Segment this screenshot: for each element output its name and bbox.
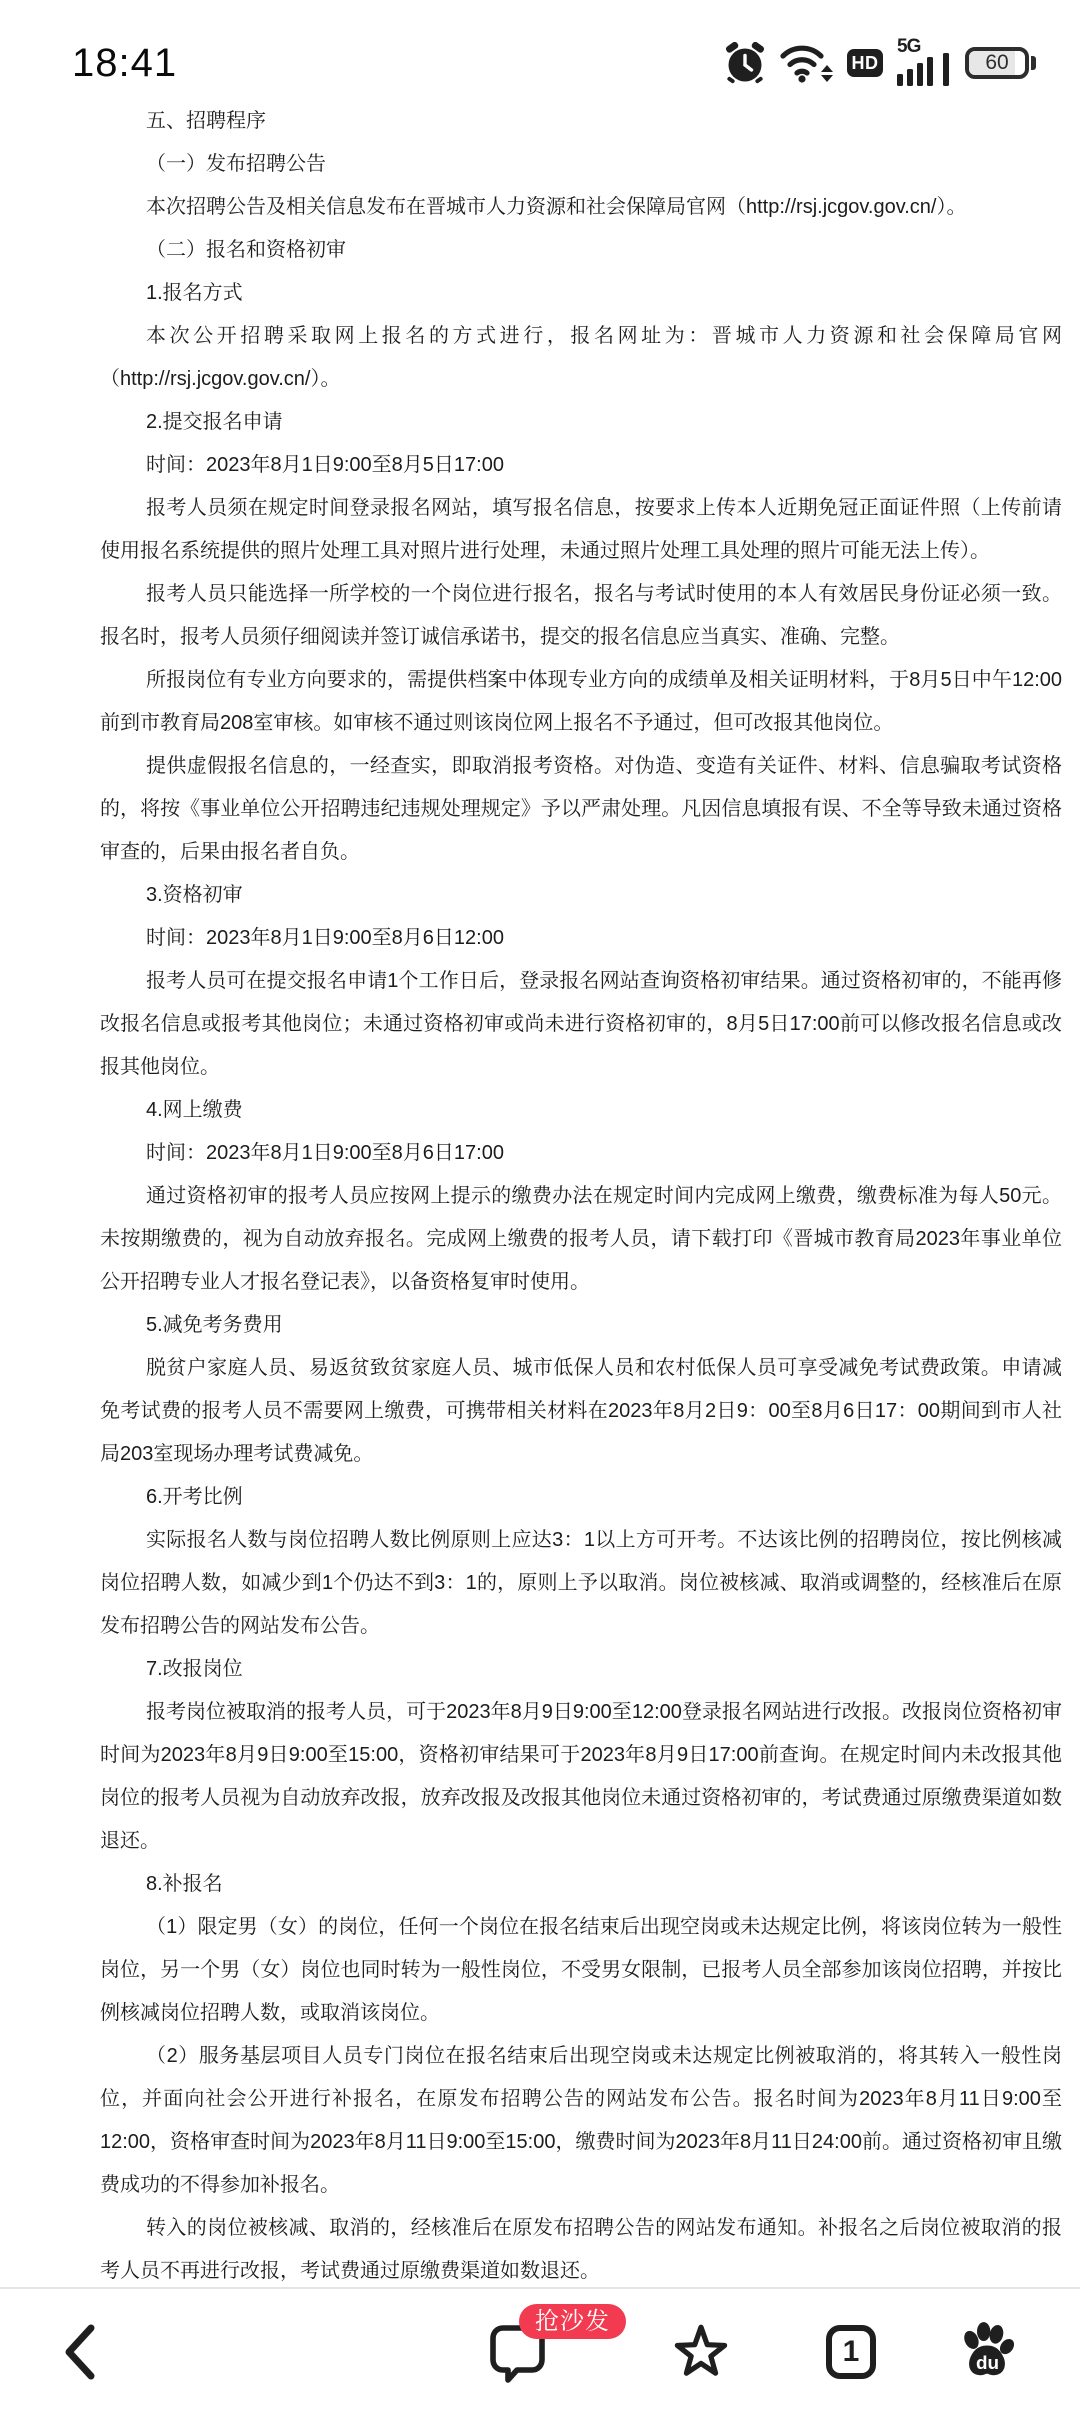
document-paragraph: 实际报名人数与岗位招聘人数比例原则上应达3：1以上方可开考。不达该比例的招聘岗位…: [100, 1519, 1062, 1648]
document-paragraph: （1）限定男（女）的岗位，任何一个岗位在报名结束后出现空岗或未达规定比例，将该岗…: [100, 1906, 1062, 2035]
baidu-du-label: du: [976, 2353, 999, 2374]
document-paragraph: 报考人员须在规定时间登录报名网站，填写报名信息，按要求上传本人近期免冠正面证件照…: [100, 487, 1062, 573]
document-paragraph: 通过资格初审的报考人员应按网上提示的缴费办法在规定时间内完成网上缴费，缴费标准为…: [100, 1175, 1062, 1304]
document-paragraph: 报考岗位被取消的报考人员，可于2023年8月9日9:00至12:00登录报名网站…: [100, 1691, 1062, 1863]
document-paragraph: 时间：2023年8月1日9:00至8月5日17:00: [100, 444, 1062, 487]
document-paragraph: （二）报名和资格初审: [100, 229, 1062, 272]
first-comment-badge[interactable]: 抢沙发: [519, 2304, 626, 2339]
document-paragraph: 时间：2023年8月1日9:00至8月6日17:00: [100, 1132, 1062, 1175]
document-paragraph: 五、招聘程序: [100, 100, 1062, 143]
document-paragraph: （2）服务基层项目人员专门岗位在报名结束后出现空岗或未达规定比例被取消的，将其转…: [100, 2035, 1062, 2207]
document-paragraph: 转入的岗位被核减、取消的，经核准后在原发布招聘公告的网站发布通知。补报名之后岗位…: [100, 2207, 1062, 2287]
signal-strength-icon: 5G: [897, 38, 951, 88]
document-paragraph: 4.网上缴费: [100, 1089, 1062, 1132]
status-bar: 18:41: [0, 0, 1080, 100]
document-paragraph: 本次招聘公告及相关信息发布在晋城市人力资源和社会保障局官网（http://rsj…: [100, 186, 1062, 229]
document-paragraph: 7.改报岗位: [100, 1648, 1062, 1691]
bottom-toolbar: 抢沙发 1 du: [0, 2287, 1080, 2414]
document-paragraph: 2.提交报名申请: [100, 401, 1062, 444]
document-paragraph: 提供虚假报名信息的，一经查实，即取消报考资格。对伪造、变造有关证件、材料、信息骗…: [100, 745, 1062, 874]
document-paragraph: 报考人员可在提交报名申请1个工作日后，登录报名网站查询资格初审结果。通过资格初审…: [100, 960, 1062, 1089]
hd-badge: HD: [847, 49, 883, 77]
wifi-icon: [779, 43, 833, 83]
document-paragraph: 脱贫户家庭人员、易返贫致贫家庭人员、城市低保人员和农村低保人员可享受减免考试费政…: [100, 1347, 1062, 1476]
baidu-home-button[interactable]: du: [958, 2321, 1016, 2381]
alarm-clock-icon: [725, 42, 765, 84]
document-paragraph: 6.开考比例: [100, 1476, 1062, 1519]
phone-screen: 18:41: [0, 0, 1080, 2414]
document-paragraph: 3.资格初审: [100, 874, 1062, 917]
document-paragraph: 本次公开招聘采取网上报名的方式进行，报名网址为：晋城市人力资源和社会保障局官网（…: [100, 315, 1062, 401]
tab-count-value: 1: [843, 2335, 860, 2369]
status-time: 18:41: [72, 41, 177, 86]
battery-indicator: 60: [965, 47, 1036, 79]
document-paragraph: （一）发布招聘公告: [100, 143, 1062, 186]
document-paragraph: 1.报名方式: [100, 272, 1062, 315]
status-icons: HD 5G 60: [725, 38, 1036, 88]
document-paragraph: 报考人员只能选择一所学校的一个岗位进行报名，报名与考试时使用的本人有效居民身份证…: [100, 573, 1062, 659]
battery-percent: 60: [985, 51, 1008, 75]
tab-count-button[interactable]: 1: [826, 2325, 876, 2379]
article-content: 五、招聘程序（一）发布招聘公告本次招聘公告及相关信息发布在晋城市人力资源和社会保…: [100, 100, 1062, 2287]
wifi-traffic-arrows: [821, 65, 833, 82]
document-paragraph: 5.减免考务费用: [100, 1304, 1062, 1347]
document-paragraph: 8.补报名: [100, 1863, 1062, 1906]
battery-tip: [1031, 56, 1036, 70]
favorite-star-button[interactable]: [671, 2322, 731, 2380]
document-paragraph: 所报岗位有专业方向要求的，需提供档案中体现专业方向的成绩单及相关证明材料，于8月…: [100, 659, 1062, 745]
document-paragraph: 时间：2023年8月1日9:00至8月6日12:00: [100, 917, 1062, 960]
back-button[interactable]: [60, 2321, 98, 2383]
